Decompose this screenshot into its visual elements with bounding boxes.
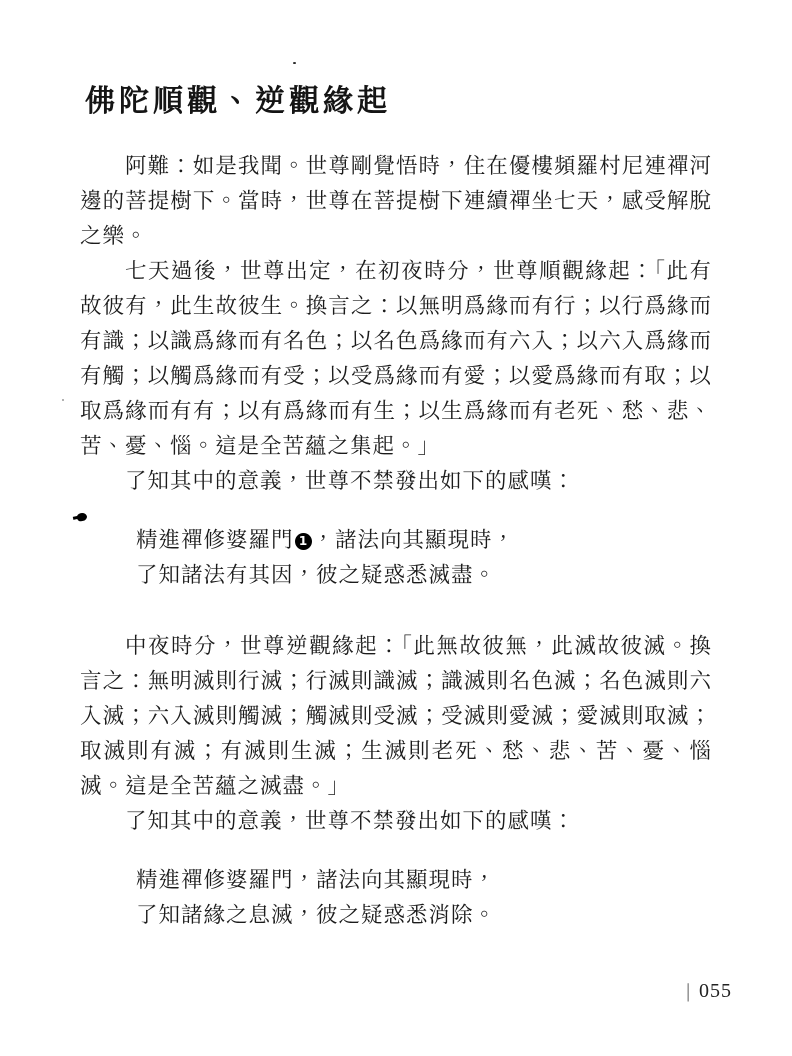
page-number-separator: |	[687, 980, 691, 1003]
verse-line: 了知諸緣之息滅，彼之疑惑悉消除。	[136, 898, 712, 933]
footnote-1-marker-icon: 1	[295, 533, 312, 550]
page-number-value: 055	[699, 980, 732, 1002]
paragraph-opening: 阿難：如是我聞。世尊剛覺悟時，住在優樓頻羅村尼連禪河邊的菩提樹下。當時，世尊在菩…	[80, 149, 712, 254]
paragraph-forward-contemplation: 七天過後，世尊出定，在初夜時分，世尊順觀緣起：「此有故彼有，此生故彼生。換言之：…	[80, 254, 712, 464]
paragraph-exclamation-intro-2: 了知其中的意義，世尊不禁發出如下的感嘆：	[80, 804, 712, 839]
dust-speck-left-margin	[62, 399, 64, 401]
verse-second-udana: 精進禪修婆羅門，諸法向其顯現時， 了知諸緣之息滅，彼之疑惑悉消除。	[136, 863, 712, 933]
page-title: 佛陀順觀、逆觀緣起	[85, 76, 391, 120]
verse-1-line-1-continued: ，諸法向其顯現時，	[313, 528, 516, 552]
verse-1-line-1-text: 精進禪修婆羅門	[136, 528, 294, 552]
book-page: 佛陀順觀、逆觀緣起 阿難：如是我聞。世尊剛覺悟時，住在優樓頻羅村尼連禪河邊的菩提…	[0, 0, 792, 1056]
body-text: 阿難：如是我聞。世尊剛覺悟時，住在優樓頻羅村尼連禪河邊的菩提樹下。當時，世尊在菩…	[80, 149, 712, 969]
dust-speck-top	[293, 62, 296, 64]
paragraph-reverse-contemplation: 中夜時分，世尊逆觀緣起：「此無故彼無，此滅故彼滅。換言之：無明滅則行滅；行滅則識…	[80, 629, 712, 804]
page-number: |055	[686, 980, 732, 1003]
paragraph-exclamation-intro-1: 了知其中的意義，世尊不禁發出如下的感嘆：	[80, 464, 712, 499]
verse-line: 了知諸法有其因，彼之疑惑悉滅盡。	[136, 558, 712, 593]
verse-first-udana: 精進禪修婆羅門1，諸法向其顯現時， 了知諸法有其因，彼之疑惑悉滅盡。	[136, 523, 712, 593]
verse-line: 精進禪修婆羅門1，諸法向其顯現時，	[136, 523, 712, 558]
verse-line: 精進禪修婆羅門，諸法向其顯現時，	[136, 863, 712, 898]
